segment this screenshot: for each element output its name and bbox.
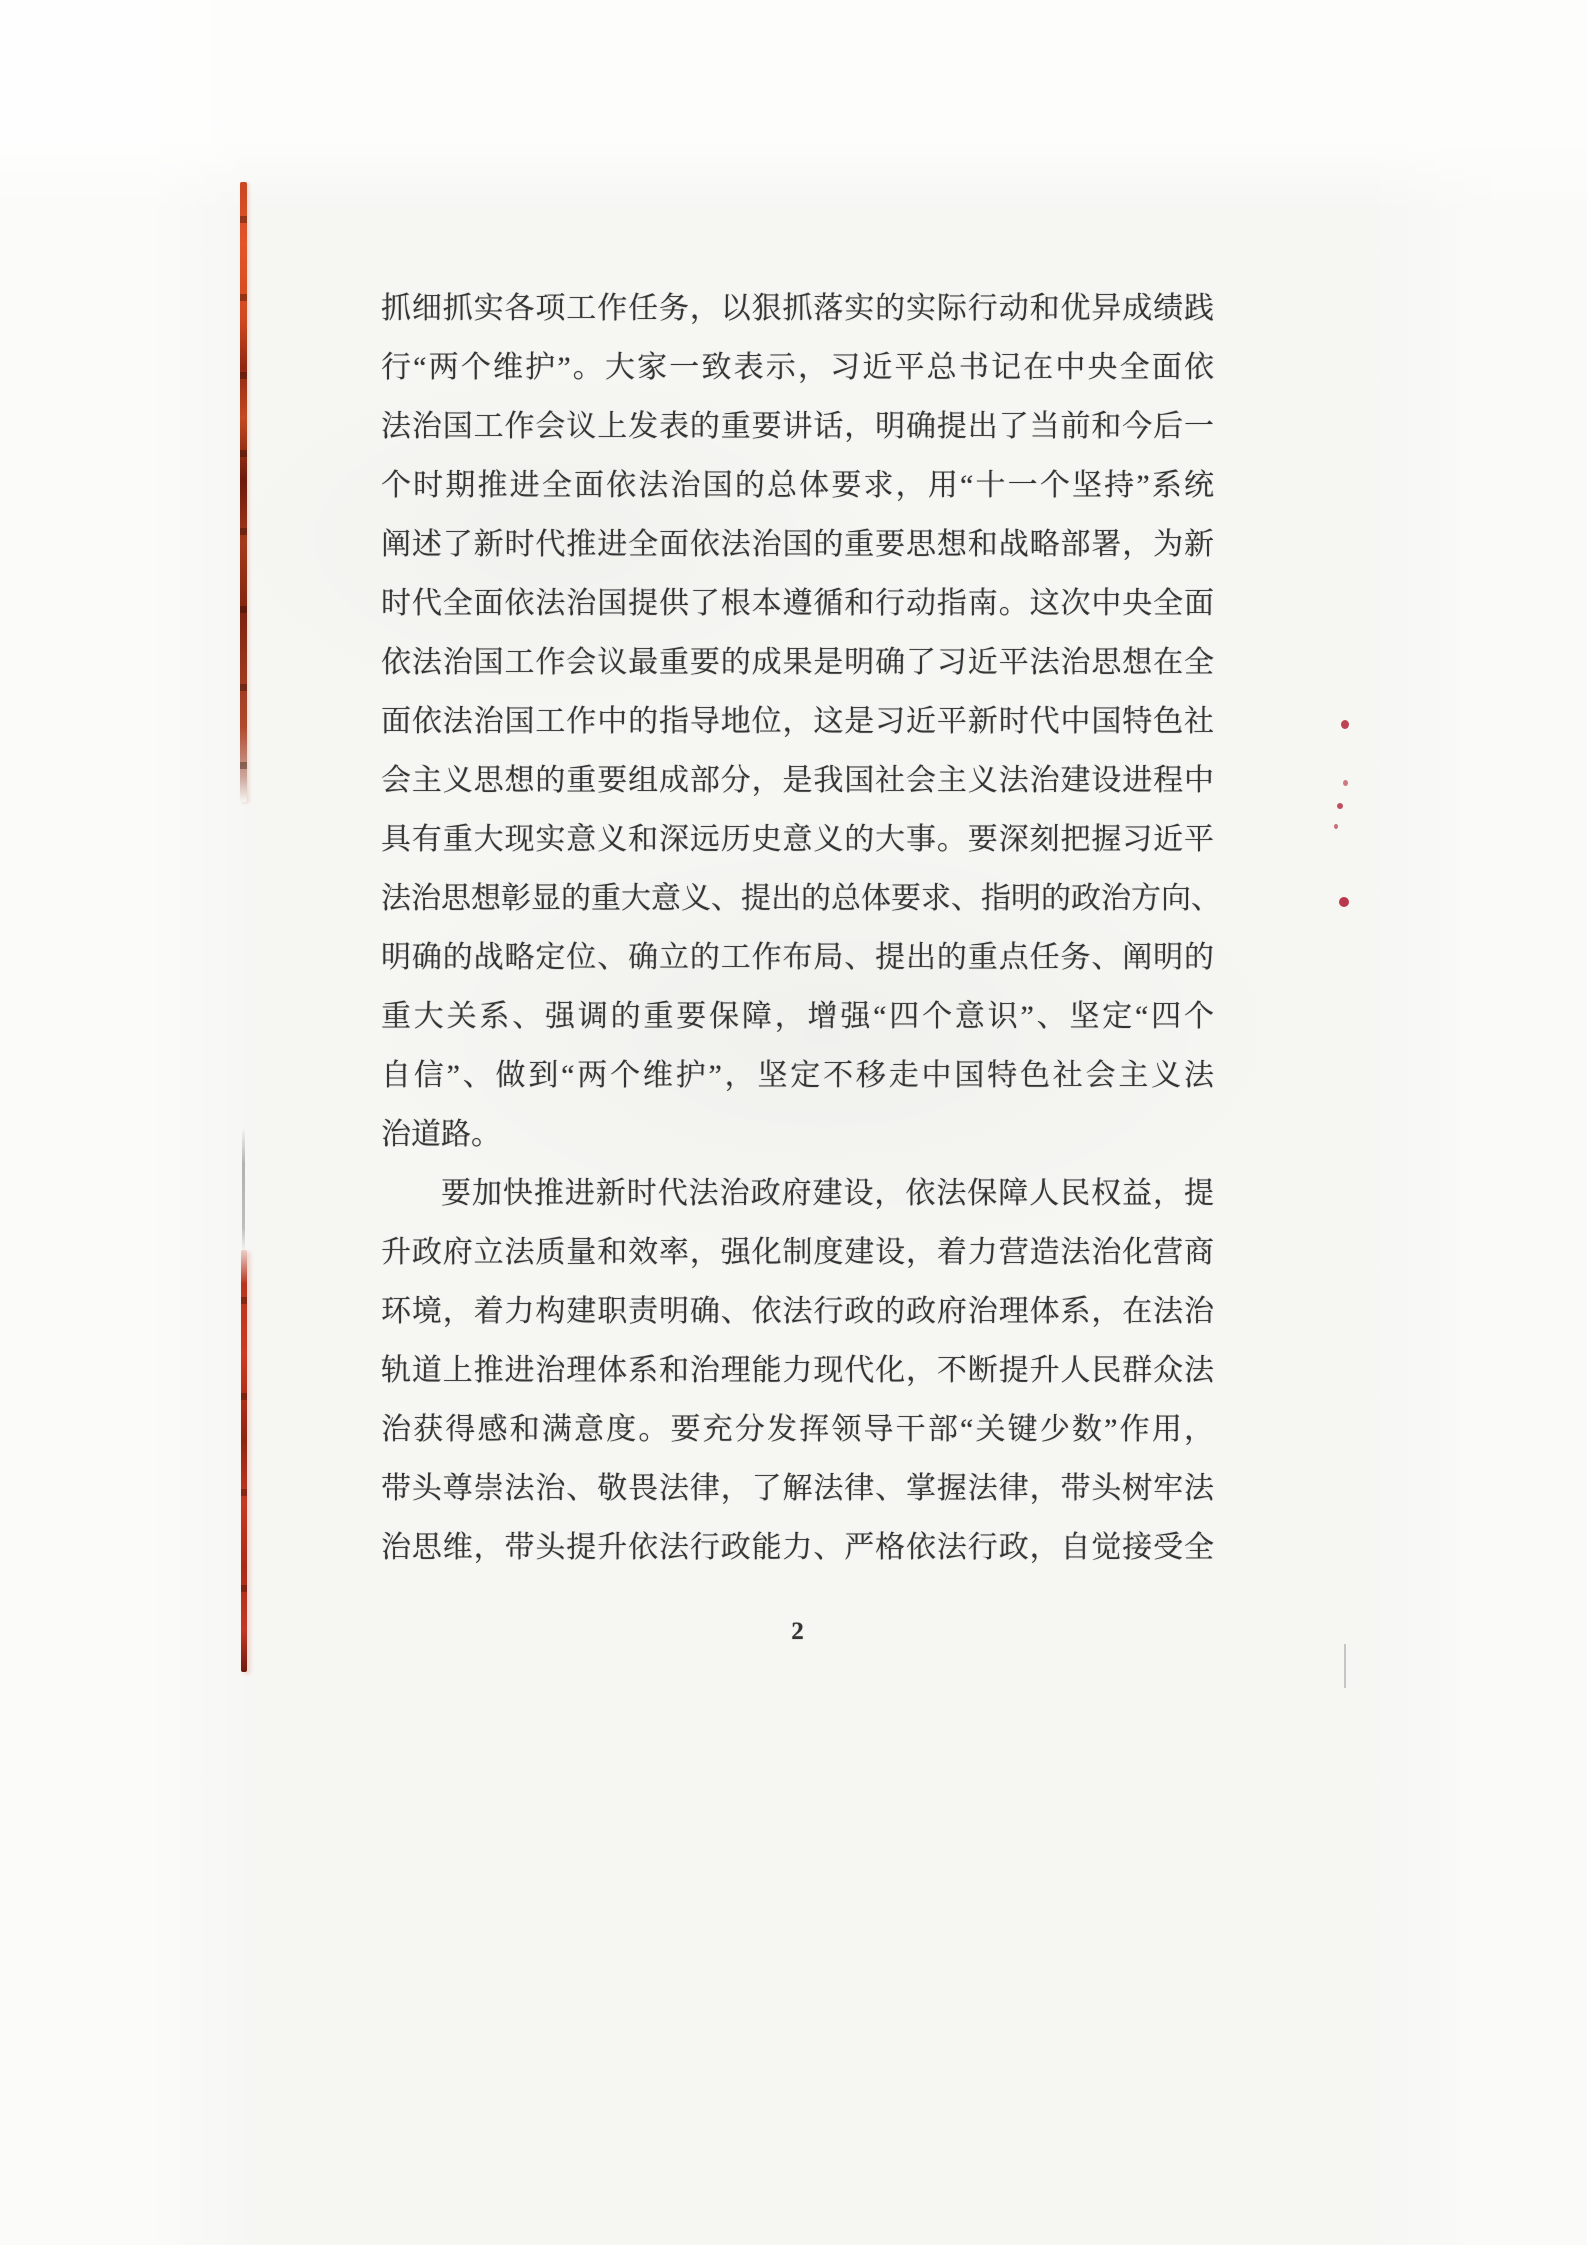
red-ink-speck bbox=[1343, 780, 1348, 786]
faint-margin-line bbox=[242, 1127, 245, 1252]
text-line: 法治国工作会议上发表的重要讲话，明确提出了当前和今后一 bbox=[381, 397, 1214, 456]
text-line: 要加快推进新时代法治政府建设，依法保障人民权益，提 bbox=[381, 1164, 1214, 1223]
text-line: 升政府立法质量和效率，强化制度建设，着力营造法治化营商 bbox=[381, 1223, 1214, 1282]
text-line: 带头尊崇法治、敬畏法律，了解法律、掌握法律，带头树牢法 bbox=[381, 1459, 1214, 1518]
text-line: 法治思想彰显的重大意义、提出的总体要求、指明的政治方向、 bbox=[381, 869, 1214, 928]
text-line: 时代全面依法治国提供了根本遵循和行动指南。这次中央全面 bbox=[381, 574, 1214, 633]
text-line: 行“两个维护”。大家一致表示，习近平总书记在中央全面依 bbox=[381, 338, 1214, 397]
text-block: 抓细抓实各项工作任务，以狠抓落实的实际行动和优异成绩践行“两个维护”。大家一致表… bbox=[381, 279, 1214, 1577]
text-line: 环境，着力构建职责明确、依法行政的政府治理体系，在法治 bbox=[381, 1282, 1214, 1341]
faint-gray-mark bbox=[1344, 1644, 1346, 1688]
text-line: 自信”、做到“两个维护”，坚定不移走中国特色社会主义法 bbox=[381, 1046, 1214, 1105]
text-line: 个时期推进全面依法治国的总体要求，用“十一个坚持”系统 bbox=[381, 456, 1214, 515]
text-line: 阐述了新时代推进全面依法治国的重要思想和战略部署，为新 bbox=[381, 515, 1214, 574]
red-ink-speck bbox=[1339, 897, 1349, 907]
red-ink-speck bbox=[1341, 720, 1349, 729]
text-line: 治思维，带头提升依法行政能力、严格依法行政，自觉接受全 bbox=[381, 1518, 1214, 1577]
text-line: 面依法治国工作中的指导地位，这是习近平新时代中国特色社 bbox=[381, 692, 1214, 751]
document-page: 抓细抓实各项工作任务，以狠抓落实的实际行动和优异成绩践行“两个维护”。大家一致表… bbox=[0, 0, 1587, 2245]
red-ink-speck bbox=[1337, 803, 1343, 809]
text-line: 重大关系、强调的重要保障，增强“四个意识”、坚定“四个 bbox=[381, 987, 1214, 1046]
red-margin-line-top bbox=[240, 182, 247, 802]
text-line: 治道路。 bbox=[381, 1105, 1214, 1164]
page-number: 2 bbox=[381, 1618, 1214, 1646]
text-line: 依法治国工作会议最重要的成果是明确了习近平法治思想在全 bbox=[381, 633, 1214, 692]
text-line: 具有重大现实意义和深远历史意义的大事。要深刻把握习近平 bbox=[381, 810, 1214, 869]
red-ink-speck bbox=[1334, 824, 1338, 829]
text-line: 明确的战略定位、确立的工作布局、提出的重点任务、阐明的 bbox=[381, 928, 1214, 987]
text-line: 轨道上推进治理体系和治理能力现代化，不断提升人民群众法 bbox=[381, 1341, 1214, 1400]
text-line: 会主义思想的重要组成部分，是我国社会主义法治建设进程中 bbox=[381, 751, 1214, 810]
text-line: 抓细抓实各项工作任务，以狠抓落实的实际行动和优异成绩践 bbox=[381, 279, 1214, 338]
red-margin-line-bottom bbox=[241, 1250, 247, 1672]
text-line: 治获得感和满意度。要充分发挥领导干部“关键少数”作用， bbox=[381, 1400, 1214, 1459]
